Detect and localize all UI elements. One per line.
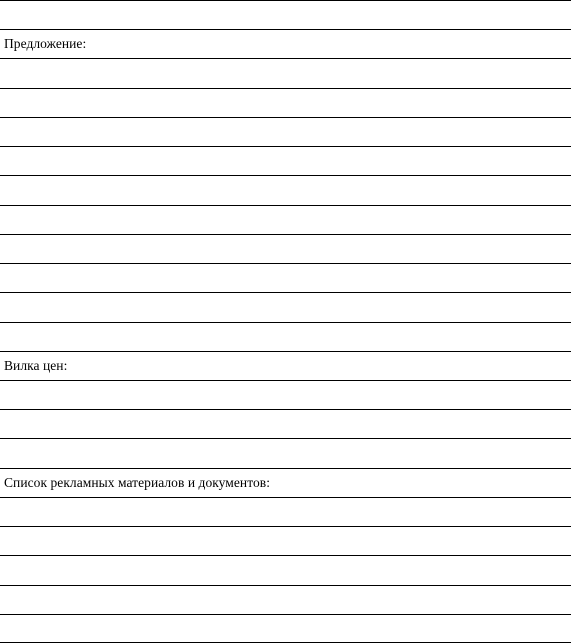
section-label: Список рекламных материалов и документов… [4, 475, 270, 491]
blank-line-row[interactable] [0, 117, 571, 146]
blank-line-row[interactable] [0, 234, 571, 263]
blank-line-row[interactable] [0, 146, 571, 175]
blank-line-row[interactable] [0, 526, 571, 555]
blank-line-row[interactable] [0, 0, 571, 29]
blank-line-row[interactable] [0, 409, 571, 438]
blank-line-row[interactable] [0, 555, 571, 584]
blank-line-row[interactable] [0, 58, 571, 87]
blank-line-row[interactable] [0, 292, 571, 321]
section-label: Вилка цен: [4, 358, 67, 374]
blank-line-row[interactable] [0, 380, 571, 409]
blank-line-row[interactable] [0, 88, 571, 117]
blank-line-row[interactable] [0, 175, 571, 204]
section-label: Предложение: [4, 36, 86, 52]
blank-line-row[interactable] [0, 438, 571, 467]
blank-line-row[interactable] [0, 322, 571, 351]
blank-line-row[interactable] [0, 263, 571, 292]
blank-line-row[interactable] [0, 614, 571, 643]
form-section-row[interactable]: Вилка цен: [0, 351, 571, 380]
blank-line-row[interactable] [0, 205, 571, 234]
blank-line-row[interactable] [0, 585, 571, 614]
form-section-row[interactable]: Предложение: [0, 29, 571, 58]
form-section-row[interactable]: Список рекламных материалов и документов… [0, 468, 571, 497]
blank-line-row[interactable] [0, 497, 571, 526]
